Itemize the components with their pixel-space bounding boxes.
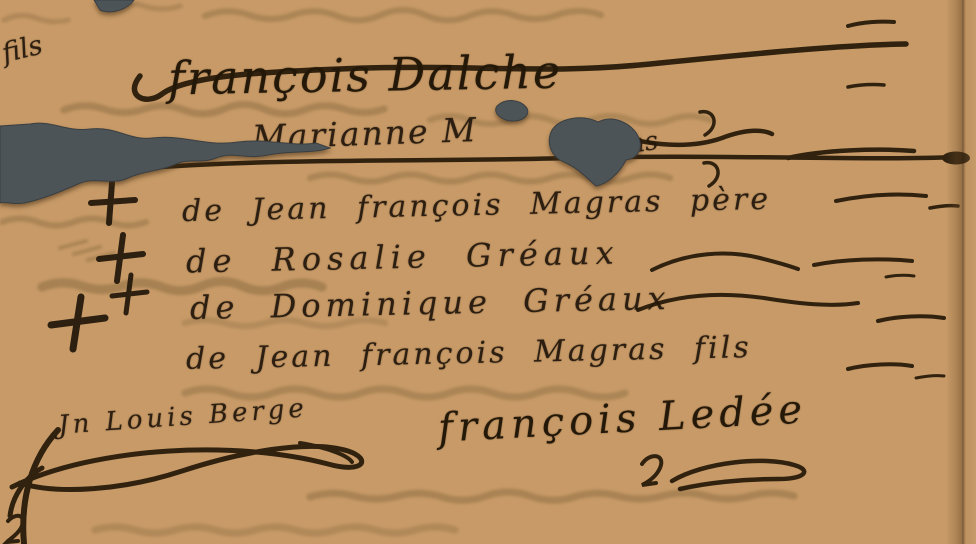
signature-right-flourish xyxy=(642,456,804,489)
signature-left: Jn Louis Berge xyxy=(57,393,308,440)
corner-note-fils: fils xyxy=(0,30,46,70)
signature-left-flourish xyxy=(12,443,362,489)
entry-line: de Jean françois Magras père xyxy=(182,182,772,229)
heading-name-signature: françois Dalche xyxy=(168,45,563,106)
marianne-line-end-fragment: ns xyxy=(626,126,660,160)
marianne-line-start: Marianne M xyxy=(251,110,478,157)
entry-line: de Dominique Gréaux xyxy=(190,279,671,327)
entry-line: de Jean françois Magras fils xyxy=(186,330,752,377)
manuscript-page: fils françois Dalche Marianne M ns de Je… xyxy=(0,0,976,544)
tear-hole-middle xyxy=(549,118,640,186)
entry-line: de Rosalie Gréaux xyxy=(186,233,620,280)
signature-right: françois Ledée xyxy=(437,386,808,451)
tear-hole-small xyxy=(496,100,528,121)
bottom-left-flourish xyxy=(7,430,58,544)
margin-cross-marks xyxy=(51,183,147,349)
tear-nick-top-edge xyxy=(94,0,134,12)
fold-crease xyxy=(946,0,976,544)
